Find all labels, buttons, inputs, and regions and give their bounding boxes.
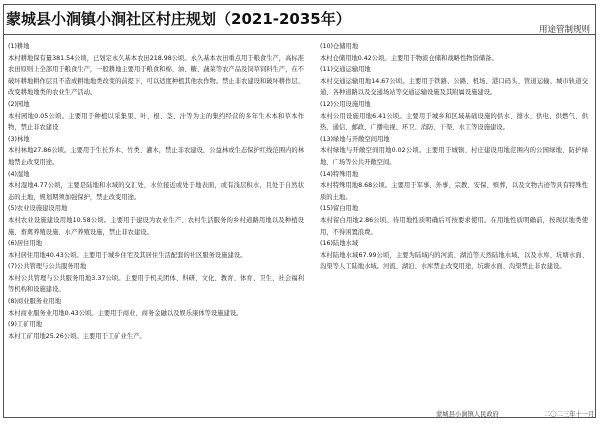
- item-body: 本村居住用地40.43公顷。主要用于城乡住宅及其居住生活配套的社区服务设施建设。: [8, 250, 304, 262]
- land-use-item: (7)公共管理与公共服务用地本村公共管理与公共服务用地3.37公顷。主要用于机关…: [8, 261, 304, 296]
- item-heading: (3)林地: [8, 134, 304, 146]
- item-heading: (11)交通运输用地: [320, 64, 588, 76]
- item-body: 本村特殊用地8.68公顷。主要用于军事、外事、宗教、安保、殡葬，以及文物古迹等具…: [320, 180, 588, 203]
- land-use-item: (4)湿地本村湿地4.77公顷，主要是陆地和水域的交汇处，水位接近或处于地表面，…: [8, 169, 304, 204]
- item-heading: (10)仓储用地: [320, 41, 588, 53]
- right-column: (10)仓储用地本村仓储用地0.42公顷。主要用于物流仓储和战略性物资储备。 (…: [320, 41, 588, 273]
- item-heading: (13)绿地与开敞空间用地: [320, 134, 588, 146]
- land-use-item: (2)园地本村园地0.05公顷。主要用于种植以采集果、叶、根、茎、汁等为主的集约…: [8, 99, 304, 134]
- land-use-item: (8)商业服务业用地本村商业服务业用地0.43公顷。主要用于商业、商务金融以及娱…: [8, 296, 304, 319]
- item-heading: (7)公共管理与公共服务用地: [8, 261, 304, 273]
- item-body: 本村公共管理与公共服务用地3.37公顷。主要用于机关团体、科研、文化、教育、体育…: [8, 273, 304, 296]
- header-divider: [3, 34, 596, 35]
- issuing-organization: 蒙城县小涧镇人民政府: [436, 409, 499, 418]
- item-body: 本村商业服务业用地0.43公顷。主要用于商业、商务金融以及娱乐康体等设施建设。: [8, 308, 304, 320]
- item-body: 本村园地0.05公顷。主要用于种植以采集果、叶、根、茎、汁等为主的集约经营的多年…: [8, 111, 304, 134]
- item-heading: (4)湿地: [8, 169, 304, 181]
- issue-date: 二〇二三年十一月: [544, 409, 594, 418]
- item-heading: (8)商业服务业用地: [8, 296, 304, 308]
- land-use-item: (6)居住用地本村居住用地40.43公顷。主要用于城乡住宅及其居住生活配套的社区…: [8, 238, 304, 261]
- item-heading: (12)公用设施用地: [320, 99, 588, 111]
- item-body: 本村绿地与开敞空间用地0.02公顷。主要用于城镇、村庄建设用地范围内的公园绿地、…: [320, 145, 588, 168]
- land-use-item: (5)农业设施建设用地本村农业设施建设用地10.58公顷。主要用于建设为农业生产…: [8, 203, 304, 238]
- item-body: 本村留白用地2.86公顷。待用地性质明确后可按要求使用。在用地性质明确前，按现状…: [320, 215, 588, 238]
- item-heading: (14)特殊用地: [320, 169, 588, 181]
- land-use-item: (16)陆地水域本村陆地水域67.99公顷，主要为陆域内的河流、湖泊等天然陆地水…: [320, 238, 588, 273]
- item-heading: (15)留白用地: [320, 203, 588, 215]
- item-heading: (9)工矿用地: [8, 319, 304, 331]
- item-body: 本村公用设施用地6.41公顷。主要用于城乡和区域基础设施的供水、排水、供电、供燃…: [320, 111, 588, 134]
- land-use-item: (13)绿地与开敞空间用地本村绿地与开敞空间用地0.02公顷。主要用于城镇、村庄…: [320, 134, 588, 169]
- land-use-item: (3)林地本村林地27.86公顷。主要用于生长乔木、竹类、灌木，禁止非农建设，公…: [8, 134, 304, 169]
- item-heading: (6)居住用地: [8, 238, 304, 250]
- item-heading: (1)耕地: [8, 41, 304, 53]
- item-body: 本村仓储用地0.42公顷。主要用于物流仓储和战略性物资储备。: [320, 53, 588, 65]
- land-use-item: (10)仓储用地本村仓储用地0.42公顷。主要用于物流仓储和战略性物资储备。: [320, 41, 588, 64]
- item-body: 本村农业设施建设用地10.58公顷。主要用于建设为农业生产、农村生活服务的乡村道…: [8, 215, 304, 238]
- document-page: 蒙城县小涧镇小涧社区村庄规划（2021-2035年） 用途管制规则 (1)耕地本…: [0, 0, 600, 424]
- item-body: 本村工矿用地25.26公顷。主要用于工矿业生产。: [8, 331, 304, 343]
- item-body: 本村陆地水域67.99公顷，主要为陆域内的河流、湖泊等天然陆地水域，以及水库、坑…: [320, 250, 588, 273]
- item-heading: (5)农业设施建设用地: [8, 203, 304, 215]
- land-use-item: (12)公用设施用地本村公用设施用地6.41公顷。主要用于城乡和区域基础设施的供…: [320, 99, 588, 134]
- land-use-item: (11)交通运输用地本村交通运输用地14.67公顷。主要用于铁路、公路、机场、港…: [320, 64, 588, 99]
- item-body: 本村耕地保有量381.54公顷，已划定永久基本农田218.98公顷。永久基本农田…: [8, 53, 304, 99]
- item-heading: (16)陆地水域: [320, 238, 588, 250]
- land-use-item: (14)特殊用地本村特殊用地8.68公顷。主要用于军事、外事、宗教、安保、殡葬，…: [320, 169, 588, 204]
- left-column: (1)耕地本村耕地保有量381.54公顷，已划定永久基本农田218.98公顷。永…: [8, 41, 304, 342]
- item-body: 本村交通运输用地14.67公顷。主要用于铁路、公路、机场、港口码头、管道运输、城…: [320, 76, 588, 99]
- page-title: 蒙城县小涧镇小涧社区村庄规划（2021-2035年）: [6, 8, 351, 29]
- item-heading: (2)园地: [8, 99, 304, 111]
- land-use-item: (1)耕地本村耕地保有量381.54公顷，已划定永久基本农田218.98公顷。永…: [8, 41, 304, 99]
- land-use-item: (9)工矿用地本村工矿用地25.26公顷。主要用于工矿业生产。: [8, 319, 304, 342]
- land-use-item: (15)留白用地本村留白用地2.86公顷。待用地性质明确后可按要求使用。在用地性…: [320, 203, 588, 238]
- item-body: 本村林地27.86公顷。主要用于生长乔木、竹类、灌木，禁止非农建设，公益林或生态…: [8, 145, 304, 168]
- item-body: 本村湿地4.77公顷，主要是陆地和水域的交汇处，水位接近或处于地表面，或有浅层积…: [8, 180, 304, 203]
